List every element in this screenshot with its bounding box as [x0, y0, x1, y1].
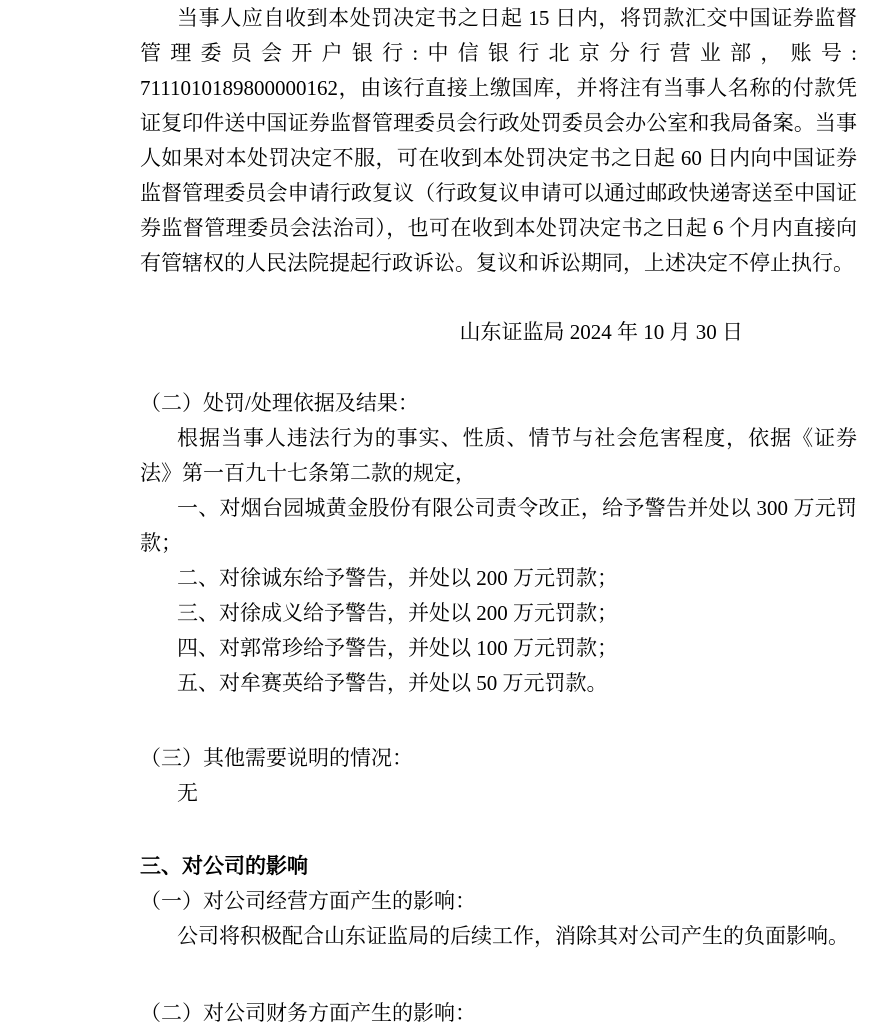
other-matters-heading: （三）其他需要说明的情况：: [140, 741, 857, 776]
penalty-item-mousaiying: 五、对牟赛英给予警告，并处以 50 万元罚款。: [140, 666, 857, 701]
penalty-basis-heading: （二）处罚/处理依据及结果：: [140, 386, 857, 421]
document-page: 当事人应自收到本处罚决定书之日起 15 日内，将罚款汇交中国证券监督管理委员会开…: [0, 0, 890, 1024]
company-impact-heading: 三、对公司的影响: [140, 849, 857, 884]
operation-impact-heading: （一）对公司经营方面产生的影响：: [140, 884, 857, 919]
document-content: 当事人应自收到本处罚决定书之日起 15 日内，将罚款汇交中国证券监督管理委员会开…: [0, 0, 890, 1024]
payment-instructions-paragraph: 当事人应自收到本处罚决定书之日起 15 日内，将罚款汇交中国证券监督管理委员会开…: [140, 1, 857, 281]
finance-impact-heading: （二）对公司财务方面产生的影响：: [140, 996, 857, 1024]
issuer-date-line: 山东证监局 2024 年 10 月 30 日: [140, 315, 857, 350]
other-matters-content: 无: [140, 776, 857, 811]
penalty-item-xuchengyi: 三、对徐成义给予警告，并处以 200 万元罚款；: [140, 596, 857, 631]
penalty-basis-paragraph: 根据当事人违法行为的事实、性质、情节与社会危害程度，依据《证券法》第一百九十七条…: [140, 421, 857, 491]
penalty-item-xuchengdong: 二、对徐诚东给予警告，并处以 200 万元罚款；: [140, 561, 857, 596]
penalty-item-company: 一、对烟台园城黄金股份有限公司责令改正，给予警告并处以 300 万元罚款；: [140, 491, 857, 561]
operation-impact-content: 公司将积极配合山东证监局的后续工作，消除其对公司产生的负面影响。: [140, 919, 857, 954]
penalty-item-guochangzhen: 四、对郭常珍给予警告，并处以 100 万元罚款；: [140, 631, 857, 666]
